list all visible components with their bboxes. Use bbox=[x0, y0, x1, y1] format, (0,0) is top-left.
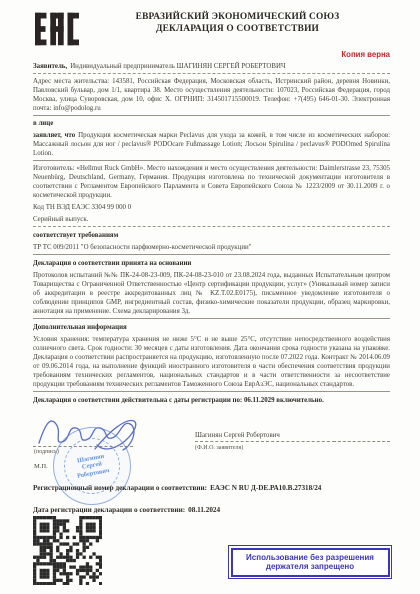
signature-area: (подпись) М.П. Шагинян Сергей Робертович… bbox=[33, 409, 390, 489]
registration-date-value: 08.11.2024 bbox=[188, 506, 220, 514]
in-person-label: в лице bbox=[33, 119, 390, 128]
registration-number-row: Регистрационный номер декларации о соотв… bbox=[33, 484, 390, 492]
complies-label: соответствует требованиям bbox=[33, 231, 390, 240]
restriction-line-1: Использование без разрешения bbox=[237, 553, 384, 563]
additional-info-label: Дополнительная информация bbox=[33, 323, 390, 332]
document-content: ЕВРАЗИЙСКИЙ ЭКОНОМИЧЕСКИЙ СОЮЗ ДЕКЛАРАЦИ… bbox=[33, 8, 390, 489]
declaration-document: ЕВРАЗИЙСКИЙ ЭКОНОМИЧЕСКИЙ СОЮЗ ДЕКЛАРАЦИ… bbox=[0, 0, 420, 594]
title-line-1: ЕВРАЗИЙСКИЙ ЭКОНОМИЧЕСКИЙ СОЮЗ bbox=[85, 12, 390, 24]
manufacturer-paragraph: Изготовитель: «Hellmut Ruck GmbH». Место… bbox=[33, 164, 390, 200]
product-paragraph: заявляет, чтоПродукция косметическая мар… bbox=[33, 131, 390, 161]
restriction-stamp: Использование без разрешения держателя з… bbox=[228, 545, 392, 579]
stamp-place-abbr: М.П. bbox=[34, 463, 48, 470]
additional-info-paragraph: Условия хранения: температура хранения н… bbox=[33, 335, 390, 392]
restriction-line-2: держателя запрещено bbox=[237, 562, 384, 572]
document-header: ЕВРАЗИЙСКИЙ ЭКОНОМИЧЕСКИЙ СОЮЗ ДЕКЛАРАЦИ… bbox=[33, 8, 390, 46]
registration-date-label: Дата регистрации декларации о соответств… bbox=[33, 506, 185, 514]
signer-name-caption: (Ф.И.О. заявителя) bbox=[195, 445, 243, 451]
basis-label: Декларация о соответствии принята на осн… bbox=[33, 259, 390, 268]
applicant-label: Заявитель, bbox=[33, 63, 67, 70]
document-title: ЕВРАЗИЙСКИЙ ЭКОНОМИЧЕСКИЙ СОЮЗ ДЕКЛАРАЦИ… bbox=[85, 8, 390, 35]
eac-logo-icon bbox=[35, 12, 79, 46]
basis-paragraph: Протоколов испытаний №№ ПК-24-08-23-009,… bbox=[33, 271, 390, 319]
declares-label: заявляет, что bbox=[33, 132, 75, 139]
applicant-name: Индивидуальный предприниматель ШАГИНЯН С… bbox=[70, 63, 285, 70]
serial-row: Серийный выпуск. bbox=[33, 215, 390, 227]
restriction-stamp-text: Использование без разрешения держателя з… bbox=[231, 548, 390, 577]
signer-name: Шагинян Сергей Робертович bbox=[195, 432, 335, 442]
registration-date-row: Дата регистрации декларации о соответств… bbox=[33, 506, 390, 514]
validity-row: Декларация о соответствии действительна … bbox=[33, 396, 390, 405]
applicant-row: Заявитель,Индивидуальный предприниматель… bbox=[33, 62, 390, 74]
copy-verified-mark: Копия верна bbox=[33, 50, 390, 59]
title-line-2: ДЕКЛАРАЦИЯ О СООТВЕТСТВИИ bbox=[85, 24, 390, 36]
registration-number-value: ЕАЭС N RU Д-DE.РА10.В.27318/24 bbox=[210, 484, 321, 492]
signer-extra-line bbox=[333, 441, 390, 442]
product-description: Продукция косметическая марки Peclavus д… bbox=[33, 132, 390, 157]
regulation-row: ТР ТС 009/2011 "О безопасности парфюмерн… bbox=[33, 243, 390, 255]
qr-code bbox=[33, 516, 103, 586]
registration-number-label: Регистрационный номер декларации о соотв… bbox=[33, 484, 207, 492]
applicant-address: Адрес места жительства: 143581, Российск… bbox=[33, 77, 390, 116]
tnved-code-row: Код ТН ВЭД ЕАЭС 3304 99 000 0 bbox=[33, 203, 390, 212]
